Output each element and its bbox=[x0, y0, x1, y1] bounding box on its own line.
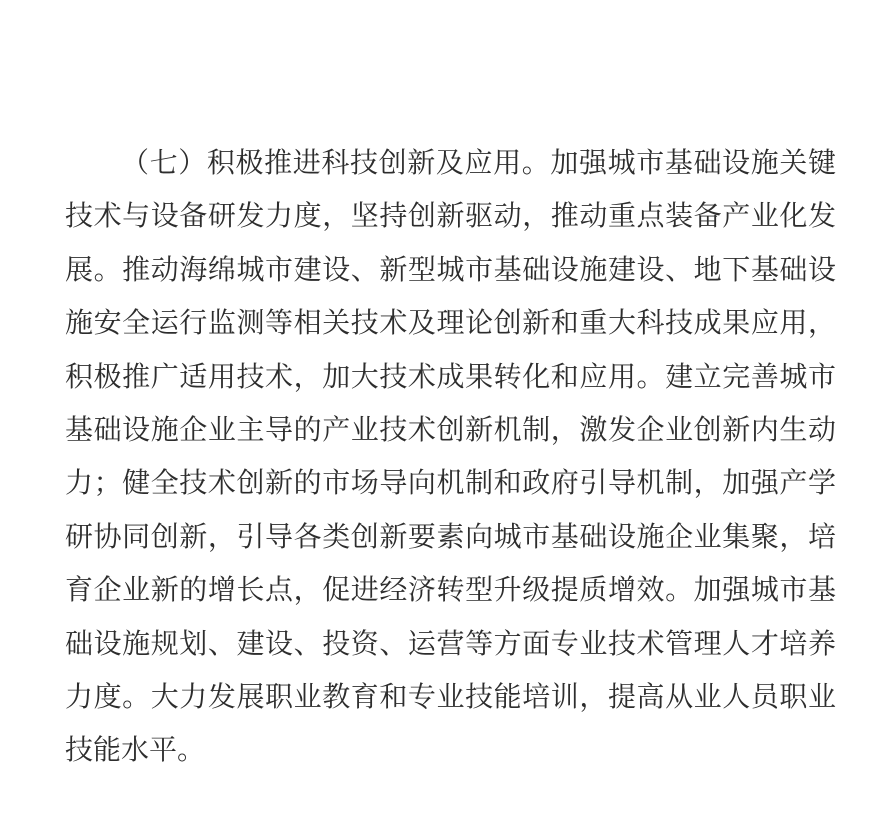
paragraph-line: 研协同创新，引导各类创新要素向城市基础设施企业集聚，培 bbox=[65, 510, 836, 563]
paragraph-line: 技能水平。 bbox=[65, 723, 836, 776]
paragraph-line: 力度。大力发展职业教育和专业技能培训，提高从业人员职业 bbox=[65, 670, 836, 723]
paragraph-line: （七）积极推进科技创新及应用。加强城市基础设施关键 bbox=[65, 136, 836, 189]
paragraph-line: 基础设施企业主导的产业技术创新机制，激发企业创新内生动 bbox=[65, 403, 836, 456]
paragraph-line: 施安全运行监测等相关技术及理论创新和重大科技成果应用， bbox=[65, 296, 836, 349]
paragraph-line: 展。推动海绵城市建设、新型城市基础设施建设、地下基础设 bbox=[65, 243, 836, 296]
paragraph-line: 技术与设备研发力度，坚持创新驱动，推动重点装备产业化发 bbox=[65, 189, 836, 242]
paragraph-line: 积极推广适用技术，加大技术成果转化和应用。建立完善城市 bbox=[65, 350, 836, 403]
paragraph-line: 育企业新的增长点，促进经济转型升级提质增效。加强城市基 bbox=[65, 563, 836, 616]
paragraph: （七）积极推进科技创新及应用。加强城市基础设施关键 技术与设备研发力度，坚持创新… bbox=[65, 136, 836, 777]
paragraph-line: 础设施规划、建设、投资、运营等方面专业技术管理人才培养 bbox=[65, 617, 836, 670]
document-page: （七）积极推进科技创新及应用。加强城市基础设施关键 技术与设备研发力度，坚持创新… bbox=[0, 0, 896, 817]
paragraph-line: 力；健全技术创新的市场导向机制和政府引导机制，加强产学 bbox=[65, 456, 836, 509]
